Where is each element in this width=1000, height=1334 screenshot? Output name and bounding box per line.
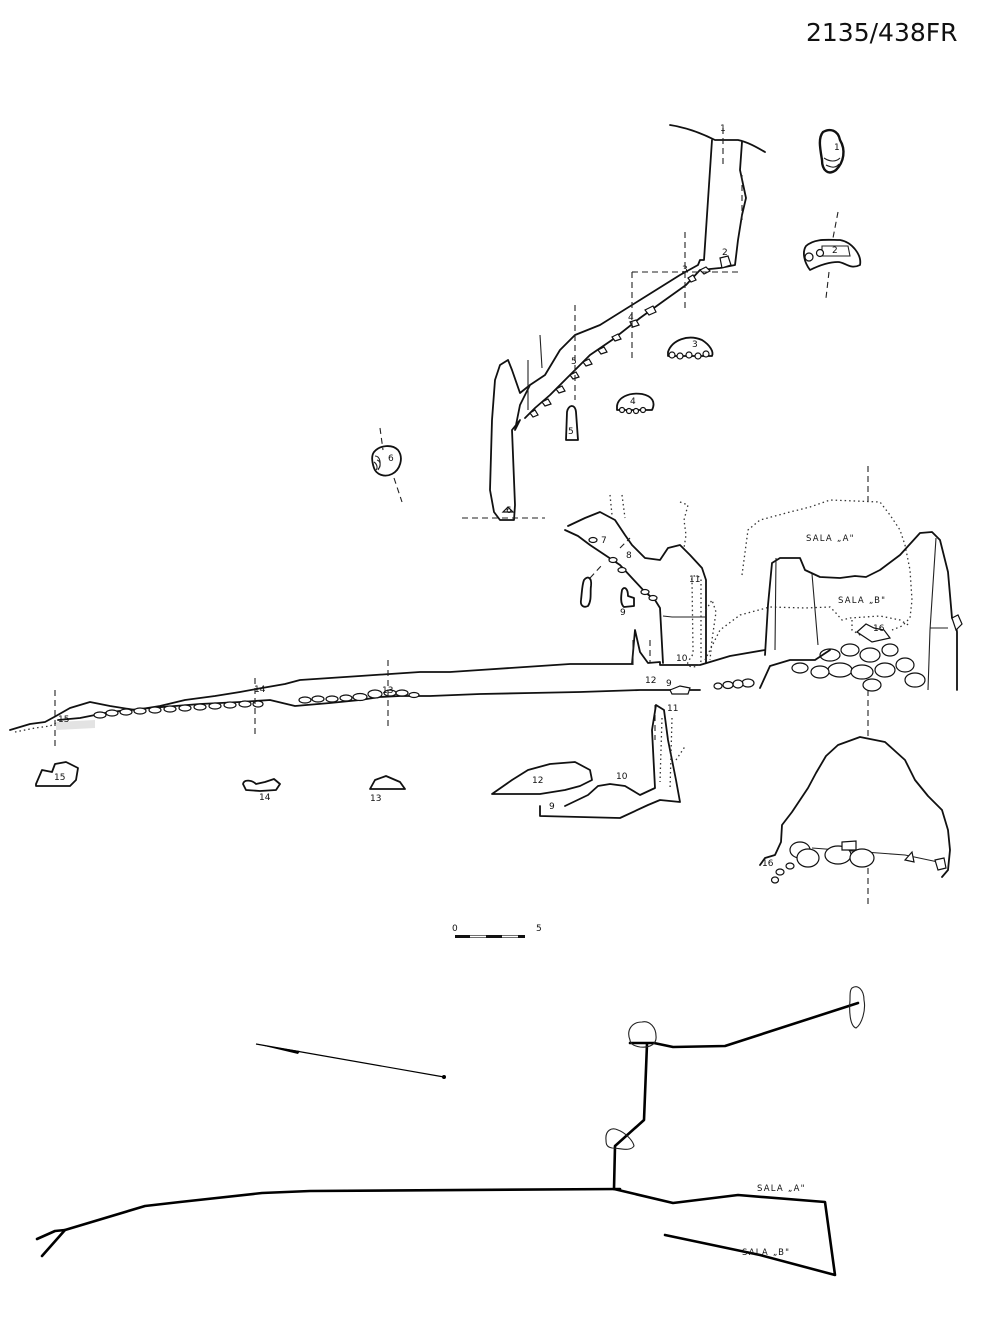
chamber-a-label: SALA „A" bbox=[806, 534, 855, 544]
station-label-10: 10 bbox=[676, 654, 688, 664]
station-label-4: 4 bbox=[628, 313, 634, 323]
lower-cross-sections: 15 14 13 12 9 10 bbox=[36, 705, 686, 818]
cave-survey-drawing: 1 2 3 4 5 6 1 2 3 4 5 6 bbox=[0, 0, 1000, 1334]
station-label-13: 13 bbox=[382, 686, 393, 696]
station-label-9b: 9 bbox=[666, 679, 672, 689]
floor-blocks bbox=[503, 256, 731, 512]
xsec-label-4: 4 bbox=[630, 397, 636, 407]
station-label-14: 14 bbox=[254, 685, 266, 695]
upper-cross-sections: 1 2 3 4 5 6 bbox=[372, 130, 860, 502]
scale-end-label: 5 bbox=[536, 924, 542, 934]
station-label-2: 2 bbox=[722, 248, 728, 258]
scale-start-label: 0 bbox=[452, 924, 458, 934]
xsec-label-15: 15 bbox=[54, 773, 65, 783]
station-label-12: 12 bbox=[645, 676, 656, 686]
xsec-label-14: 14 bbox=[259, 793, 271, 803]
xsec-label-2: 2 bbox=[832, 246, 838, 256]
chamber-b-label: SALA „B" bbox=[838, 596, 886, 606]
station-label-9: 9 bbox=[620, 608, 626, 618]
xsec-label-9: 9 bbox=[549, 802, 555, 812]
chamber-rubble bbox=[714, 624, 925, 691]
station-label-1: 1 bbox=[720, 124, 726, 134]
plan-view: SALA „A" SALA „B" bbox=[37, 987, 865, 1275]
station-label-6: 6 bbox=[506, 506, 512, 516]
station-label-3: 3 bbox=[682, 265, 688, 275]
xsec-label-16: 16 bbox=[762, 859, 774, 869]
station-label-8: 8 bbox=[626, 551, 632, 561]
plan-chamber-a-label: SALA „A" bbox=[757, 1184, 806, 1194]
xsec-label-13: 13 bbox=[370, 794, 381, 804]
xsec-label-1: 1 bbox=[834, 143, 840, 153]
station-label-16: 16 bbox=[873, 624, 885, 634]
scale-bar: 0 5 bbox=[452, 924, 542, 938]
station-label-5: 5 bbox=[571, 357, 577, 367]
north-arrow-icon bbox=[256, 1044, 446, 1079]
xsec-label-3: 3 bbox=[692, 340, 698, 350]
branch-section: 7 8 9 11 10 12 9 11 bbox=[565, 495, 716, 740]
shaft-section: 1 2 3 4 5 6 bbox=[462, 124, 765, 520]
xsec-label-12: 12 bbox=[532, 776, 543, 786]
station-label-11: 11 bbox=[689, 575, 700, 585]
xsec-label-6: 6 bbox=[388, 454, 394, 464]
plan-chamber-b-label: SALA „B" bbox=[742, 1248, 790, 1258]
station-label-7: 7 bbox=[601, 536, 607, 546]
chamber-cross-section-16: 16 bbox=[760, 720, 950, 905]
station-label-11b: 11 bbox=[667, 704, 678, 714]
station-label-15: 15 bbox=[58, 715, 69, 725]
xsec-label-10: 10 bbox=[616, 772, 628, 782]
xsec-label-5: 5 bbox=[568, 427, 574, 437]
chambers-section: SALA „A" SALA „B" 16 bbox=[705, 466, 962, 720]
